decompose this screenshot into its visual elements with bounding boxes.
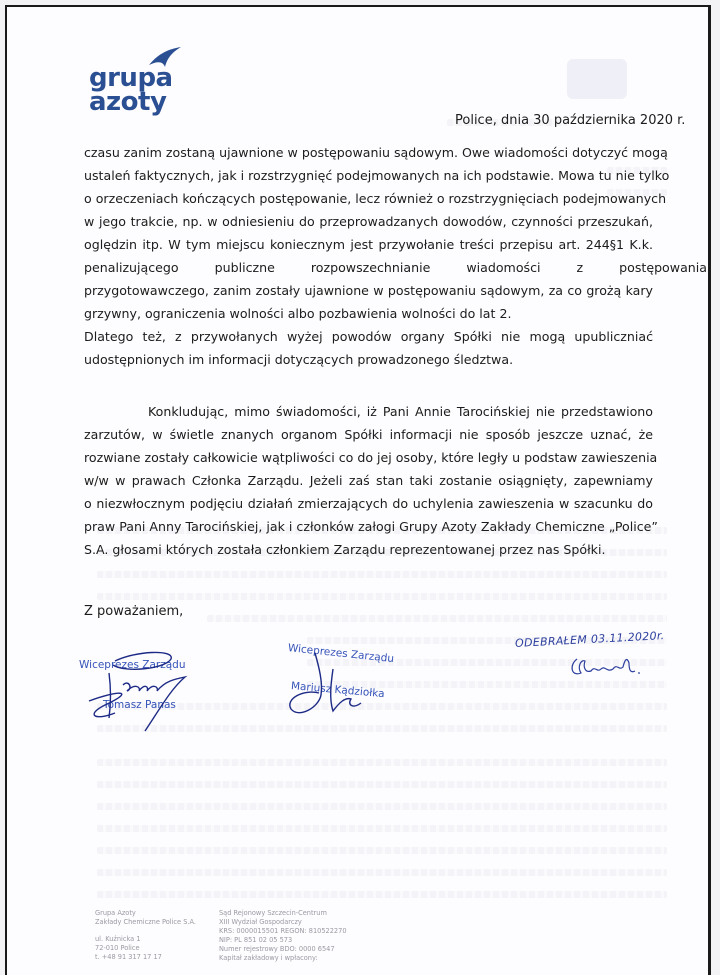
footer-line: Numer rejestrowy BDO: 0000 6547 <box>219 945 347 954</box>
footer-line: 72-010 Police <box>95 944 196 953</box>
paragraph-1: czasu zanim zostaną ujawnione w postępow… <box>84 141 653 371</box>
text-line: udostępnionych im informacji dotyczących… <box>84 348 653 371</box>
signature-right-scribble <box>269 647 389 727</box>
footer-line: Kapitał zakładowy i wpłacony: <box>219 954 347 960</box>
footer-line: KRS: 0000015501 REGON: 810522270 <box>219 927 347 936</box>
text-line: o orzeczeniach kończących postępowanie, … <box>84 187 653 210</box>
text-line: przygotowawczego, zanim zostały ujawnion… <box>84 279 653 302</box>
received-initials-scribble <box>567 653 647 681</box>
text-line: w/w w prawach Członka Zarządu. Jeżeli za… <box>84 469 653 492</box>
paragraph-2: Konkludując, mimo świadomości, iż Pani A… <box>84 400 653 561</box>
footer-line: Sąd Rejonowy Szczecin-Centrum <box>219 909 347 918</box>
logo-text-line1: grupa <box>89 67 173 89</box>
logo-text-line2: azoty <box>89 91 166 113</box>
text-line: penalizującego publiczne rozpowszechnian… <box>84 256 653 279</box>
text-line: S.A. głosami których została członkiem Z… <box>84 538 653 561</box>
text-line: zarzutów, w świetle znanych organom Spół… <box>84 423 653 446</box>
footer-line: XIII Wydział Gospodarczy <box>219 918 347 927</box>
document-page: grupa azoty Police, dnia 30 października… <box>5 5 711 960</box>
bleed-logo <box>567 59 627 99</box>
text-line: oględzin itp. W tym miejscu koniecznym j… <box>84 233 653 256</box>
text-line: czasu zanim zostaną ujawnione w postępow… <box>84 141 653 164</box>
footer-line: t. +48 91 317 17 17 <box>95 953 196 960</box>
received-stamp-note: ODEBRAŁEM 03.11.2020r. <box>515 629 665 650</box>
footer-line: ul. Kuźnicka 1 <box>95 935 196 944</box>
text-line: rozwiane zostały całkowicie wątpliwości … <box>84 446 653 469</box>
text-line: Konkludując, mimo świadomości, iż Pani A… <box>84 400 653 423</box>
text-line: ustaleń faktycznych, jak i rozstrzygnięć… <box>84 164 653 187</box>
text-line: w jego trakcie, np. w odniesieniu do prz… <box>84 210 653 233</box>
date-line: Police, dnia 30 października 2020 r. <box>455 113 685 128</box>
signature-left-scribble <box>75 643 205 733</box>
text-line: o niezwłocznym podjęciu działań zmierzaj… <box>84 492 653 515</box>
text-line: Dlatego też, z przywołanych wyżej powodó… <box>84 325 653 348</box>
footer-line: NIP: PL 851 02 05 573 <box>219 936 347 945</box>
footer-company-address: Grupa Azoty Zakłady Chemiczne Police S.A… <box>95 909 196 960</box>
text-line: praw Pani Anny Tarocińskiej, jak i człon… <box>84 515 653 538</box>
company-logo: grupa azoty <box>89 45 209 115</box>
footer-line: Grupa Azoty <box>95 909 196 918</box>
text-line: grzywny, ograniczenia wolności albo pozb… <box>84 302 653 325</box>
footer-registration-info: Sąd Rejonowy Szczecin-Centrum XIII Wydzi… <box>219 909 347 960</box>
footer-line: Zakłady Chemiczne Police S.A. <box>95 918 196 927</box>
closing-salutation: Z poważaniem, <box>84 604 183 619</box>
